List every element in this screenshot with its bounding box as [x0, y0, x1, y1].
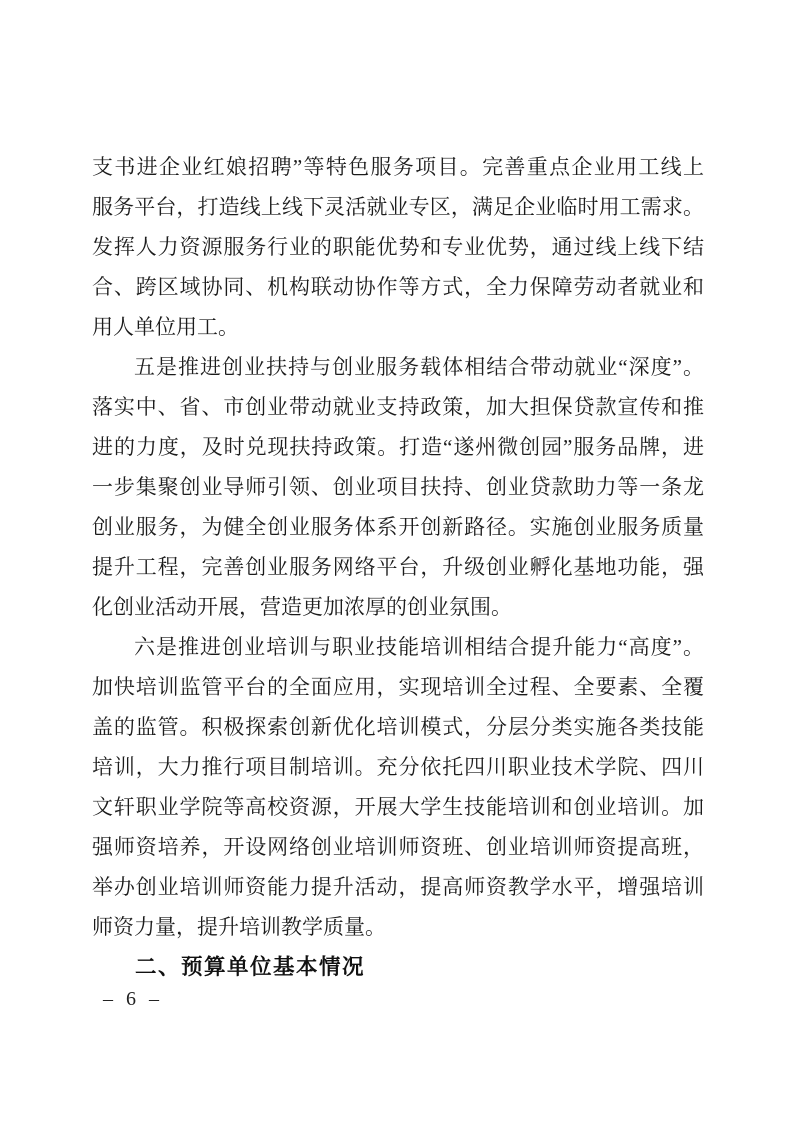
text-line: 支书进企业红娘招聘”等特色服务项目。完善重点企业用工线上: [92, 147, 704, 187]
text-line: 用人单位用工。: [92, 307, 704, 347]
text-line: 文轩职业学院等高校资源，开展大学生技能培训和创业培训。加: [92, 787, 704, 827]
text-line: 化创业活动开展，营造更加浓厚的创业氛围。: [92, 587, 704, 627]
text-line: 落实中、省、市创业带动就业支持政策，加大担保贷款宣传和推: [92, 387, 704, 427]
text-line: 进的力度，及时兑现扶持政策。打造“遂州微创园”服务品牌，进: [92, 427, 704, 467]
text-line: 五是推进创业扶持与创业服务载体相结合带动就业“深度”。: [92, 347, 704, 387]
document-page: 支书进企业红娘招聘”等特色服务项目。完善重点企业用工线上 服务平台，打造线上线下…: [0, 0, 793, 1122]
text-line: 举办创业培训师资能力提升活动，提高师资教学水平，增强培训: [92, 867, 704, 907]
text-line: 发挥人力资源服务行业的职能优势和专业优势，通过线上线下结: [92, 227, 704, 267]
text-line: 强师资培养，开设网络创业培训师资班、创业培训师资提高班，: [92, 827, 704, 867]
text-line: 六是推进创业培训与职业技能培训相结合提升能力“高度”。: [92, 627, 704, 667]
document-body: 支书进企业红娘招聘”等特色服务项目。完善重点企业用工线上 服务平台，打造线上线下…: [92, 147, 704, 987]
text-line: 服务平台，打造线上线下灵活就业专区，满足企业临时用工需求。: [92, 187, 704, 227]
section-heading: 二、预算单位基本情况: [92, 947, 704, 987]
text-line: 一步集聚创业导师引领、创业项目扶持、创业贷款助力等一条龙: [92, 467, 704, 507]
text-line: 培训，大力推行项目制培训。充分依托四川职业技术学院、四川: [92, 747, 704, 787]
text-line: 合、跨区域协同、机构联动协作等方式，全力保障劳动者就业和: [92, 267, 704, 307]
page-number: – 6 –: [103, 988, 163, 1011]
text-line: 师资力量，提升培训教学质量。: [92, 907, 704, 947]
text-line: 提升工程，完善创业服务网络平台，升级创业孵化基地功能，强: [92, 547, 704, 587]
text-line: 加快培训监管平台的全面应用，实现培训全过程、全要素、全覆: [92, 667, 704, 707]
text-line: 创业服务，为健全创业服务体系开创新路径。实施创业服务质量: [92, 507, 704, 547]
text-line: 盖的监管。积极探索创新优化培训模式，分层分类实施各类技能: [92, 707, 704, 747]
